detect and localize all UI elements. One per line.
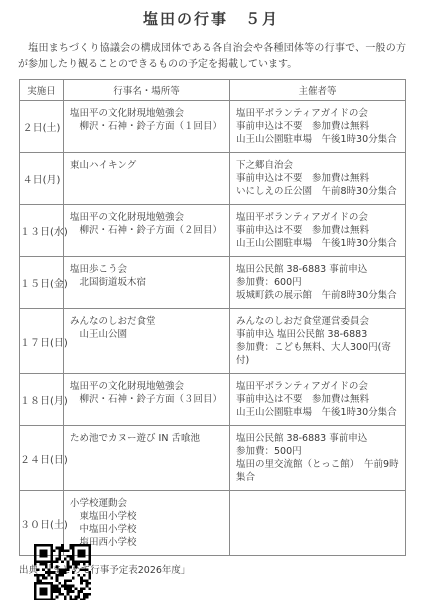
table-header-row: 実施日 行事名・場所等 主催者等	[20, 80, 406, 101]
col-header-event: 行事名・場所等	[64, 80, 230, 101]
table-row: １７日(日) みんなのしおだ食堂 山王山公園 みんなのしおだ食堂運営委員会 事前…	[20, 309, 406, 374]
event-organizer: 塩田平ボランティアガイドの会 事前申込は不要 参加費は無料 山王山公園駐車場 午…	[230, 101, 406, 153]
event-organizer: 塩田平ボランティアガイドの会 事前申込は不要 参加費は無料 山王山公園駐車場 午…	[230, 205, 406, 257]
event-date: １３日(水)	[20, 205, 64, 257]
event-name: 塩田平の文化財現地勉強会 柳沢・石神・鈴子方面（１回目）	[64, 101, 230, 153]
event-name: 塩田平の文化財現地勉強会 柳沢・石神・鈴子方面（２回目）	[64, 205, 230, 257]
table-row: ２４日(日) ため池でカヌー遊び IN 舌喰池 塩田公民館 38-6883 事前…	[20, 426, 406, 491]
qr-code	[34, 544, 91, 600]
table-row: １３日(水) 塩田平の文化財現地勉強会 柳沢・石神・鈴子方面（２回目） 塩田平ボ…	[20, 205, 406, 257]
event-date: １５日(金)	[20, 257, 64, 309]
event-name: みんなのしおだ食堂 山王山公園	[64, 309, 230, 374]
event-name: 東山ハイキング	[64, 153, 230, 205]
col-header-date: 実施日	[20, 80, 64, 101]
table-row: ４日(月) 東山ハイキング 下之郷自治会 事前申込は不要 参加費は無料 いにしえ…	[20, 153, 406, 205]
event-organizer: 下之郷自治会 事前申込は不要 参加費は無料 いにしえの丘公園 午前8時30分集合	[230, 153, 406, 205]
intro-text: 塩田まちづくり協議会の構成団体である各自治会や各種団体等の行事で、一般の方が参加…	[18, 41, 406, 72]
document-page: 塩田の行事 ５月 塩田まちづくり協議会の構成団体である各自治会や各種団体等の行事…	[0, 8, 422, 600]
events-table: 実施日 行事名・場所等 主催者等 ２日(土) 塩田平の文化財現地勉強会 柳沢・石…	[19, 79, 406, 556]
event-date: ２日(土)	[20, 101, 64, 153]
event-name: 塩田歩こう会 北国街道坂木宿	[64, 257, 230, 309]
event-organizer: みんなのしおだ食堂運営委員会 事前申込 塩田公民館 38-6883 参加費：こど…	[230, 309, 406, 374]
event-organizer: 塩田公民館 38-6883 事前申込 参加費：600円 坂城町鉄の展示館 午前8…	[230, 257, 406, 309]
event-name: ため池でカヌー遊び IN 舌喰池	[64, 426, 230, 491]
event-date: ４日(月)	[20, 153, 64, 205]
table-row: １８日(月) 塩田平の文化財現地勉強会 柳沢・石神・鈴子方面（３回目） 塩田平ボ…	[20, 374, 406, 426]
page-title: 塩田の行事 ５月	[0, 8, 422, 29]
event-organizer: 塩田公民館 38-6883 事前申込 参加費：500円 塩田の里交流館（とっこ館…	[230, 426, 406, 491]
event-organizer	[230, 491, 406, 556]
col-header-organizer: 主催者等	[230, 80, 406, 101]
event-date: ２４日(日)	[20, 426, 64, 491]
event-date: １７日(日)	[20, 309, 64, 374]
event-organizer: 塩田平ボランティアガイドの会 事前申込は不要 参加費は無料 山王山公園駐車場 午…	[230, 374, 406, 426]
event-name: 塩田平の文化財現地勉強会 柳沢・石神・鈴子方面（３回目）	[64, 374, 230, 426]
table-row: １５日(金) 塩田歩こう会 北国街道坂木宿 塩田公民館 38-6883 事前申込…	[20, 257, 406, 309]
table-row: ２日(土) 塩田平の文化財現地勉強会 柳沢・石神・鈴子方面（１回目） 塩田平ボラ…	[20, 101, 406, 153]
event-date: １８日(月)	[20, 374, 64, 426]
